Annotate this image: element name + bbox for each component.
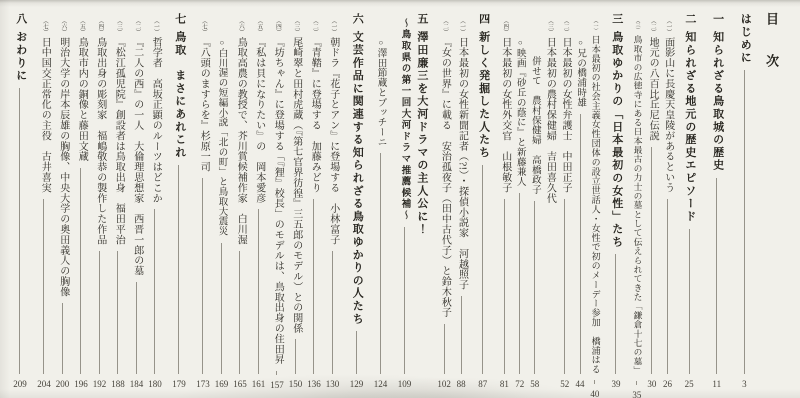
leader-line	[356, 331, 357, 374]
entry-marker: 六	[351, 13, 363, 26]
leader-line	[689, 229, 690, 374]
page-number: 130	[326, 380, 340, 389]
leader-line	[276, 371, 277, 375]
entry-marker: （六）	[59, 18, 65, 35]
entry-marker: （六）	[237, 18, 243, 35]
entry-title: 澤田廉三を大河ドラマの主人公に！	[415, 31, 427, 236]
leader-line	[136, 282, 137, 374]
entry-title: 鳥取市内の銅像と藤田文蔵	[76, 37, 87, 162]
entry-title: 知られざる地元の歴史エピソード	[683, 31, 695, 223]
toc-entry: 六 文芸作品に関連する知られざる鳥取ゆかりの人たち 129	[348, 0, 366, 398]
page-number: 58	[530, 380, 539, 389]
entry-marker: （四）	[96, 18, 102, 35]
entry-marker: （五）	[78, 18, 84, 35]
entry-title: 文芸作品に関連する知られざる鳥取ゆかりの人たち	[351, 31, 363, 325]
leader-line	[178, 165, 179, 374]
leader-line	[615, 254, 616, 374]
toc-entry-line: （一） 面影山に長慶天皇陵があるという 26	[660, 0, 675, 398]
toc-entry: （二） 日本最初の女性弁護士 中田正子 52	[557, 0, 572, 398]
toc-entry: 四 新しく発掘した人たち 87	[475, 0, 491, 398]
toc-entry: ○ 映画『砂丘の蔭に』と新藤兼人 72	[513, 0, 527, 398]
page-number: 102	[437, 380, 451, 389]
toc-entry: （五） 鳥取市内の銅像と藤田文蔵 196	[72, 0, 90, 398]
entry-title: 面影山に長慶天皇陵があるという	[662, 37, 673, 193]
toc-entry: ○ 白川渥の短編小説「北の町」と鳥取大震災 169	[213, 0, 231, 398]
entry-title: 兄の橋浦時雄	[575, 48, 585, 107]
page-number: 11	[712, 380, 721, 389]
toc-header-title: 目 次	[764, 12, 778, 75]
entry-title: 併せて 農村保健婦 高橋政子	[530, 56, 540, 195]
page-number: 150	[289, 380, 303, 389]
entry-marker: （二）	[562, 18, 568, 35]
entry-marker: （一）	[152, 18, 158, 35]
page-number: 196	[74, 380, 88, 389]
page-number: 173	[196, 380, 210, 389]
entry-marker: 七	[173, 13, 185, 26]
toc-entry-line: （一） 哲学者 高坂正顕のルーツはどこか 180	[146, 0, 164, 398]
entry-marker: ○	[217, 38, 225, 47]
toc-entry-line: （六） 明治大学の岸本辰雄の胸像、中央大学の奥田義人の胸像 200	[54, 0, 72, 398]
toc-entry: （三） 鳥取市の広徳寺にある日本最古の力士の墓として伝えられてきた「鎌倉十七の墓…	[630, 0, 643, 398]
toc-entry: （一） 面影山に長慶天皇陵があるという 26	[660, 0, 675, 398]
toc-entry-line: （四） 日本最初の女性外交官 山根敏子 81	[497, 0, 512, 398]
entry-marker: 四	[477, 13, 489, 26]
toc-header: 目 次	[762, 0, 780, 398]
toc-entry: （一） 哲学者 高坂正顕のルーツはどこか 180	[146, 0, 164, 398]
page-number: 179	[172, 380, 186, 389]
toc-entry-line: 二 知られざる地元の歴史エピソード 25	[681, 0, 697, 398]
entry-title: 『女の世界』に載る 安治孤夜子（田中古代子）と鈴木秋子	[439, 37, 450, 318]
leader-line	[444, 324, 445, 374]
page-number: 52	[560, 380, 569, 389]
entry-marker: （三）	[115, 18, 121, 35]
toc-entry-line: （一） 日本最初の社会主義女性団体の設立世話人・女性で初のメーデー参加 橋浦はる…	[588, 0, 602, 398]
toc-entry: 三 鳥取ゆかりの「日本最初の女性」たち 39	[608, 0, 624, 398]
entry-title: 尾崎翠と田村虎蔵（『第七官界彷徨』三五郎のモデル）との関係	[290, 37, 301, 334]
toc-entry-line: （二） 『二人の西』の一人 大倫理思想家 西晋一郎の墓 184	[128, 0, 146, 398]
toc-entry-line: （七） 日中国交正常化の主役 古井喜実 204	[35, 0, 53, 398]
entry-title: おわりに	[14, 31, 26, 82]
entry-marker: （三）	[634, 18, 639, 33]
leader-line	[239, 251, 240, 374]
page-number: 165	[233, 380, 247, 389]
toc-entry: （二） 『青鞜』に登場する 加藤みどり 136	[305, 0, 323, 398]
page-number: 72	[515, 380, 524, 389]
toc-entry: 二 知られざる地元の歴史エピソード 25	[681, 0, 697, 398]
toc-entry: （三） 尾崎翠と田村虎蔵（『第七官界彷徨』三五郎のモデル）との関係 150	[287, 0, 305, 398]
entry-title: 〜鳥取県の第一回大河ドラマ推薦候補〜	[399, 18, 409, 221]
leader-line	[295, 339, 296, 374]
entry-marker: （二）	[311, 18, 317, 35]
entry-marker: ○	[516, 38, 524, 47]
entry-title: 鳥取市の広徳寺にある日本最古の力士の墓として伝えられてきた「鎌倉十七の墓」	[632, 35, 641, 375]
toc-header-line: 目 次	[762, 0, 780, 398]
entry-marker: （二）	[133, 18, 139, 35]
entry-marker: （三）	[546, 18, 552, 35]
entry-marker: （一）	[592, 18, 597, 33]
entry-title: 鳥取高農の教授で、芥川賞候補作家 白川渥	[235, 37, 246, 245]
entry-title: 日本最初の女性新聞記者（?!）・探偵小説家 河越照子	[456, 37, 467, 290]
toc-entry: （一） 日本最初の女性新聞記者（?!）・探偵小説家 河越照子 88	[454, 0, 469, 398]
leader-line	[534, 201, 535, 374]
toc-entry: （四） 鳥取出身の彫刻家 福嶋敬恭の製作した作品 192	[91, 0, 109, 398]
toc-entry-line: 併せて 農村保健婦 高橋政子 58	[528, 0, 542, 398]
page-number: 200	[56, 380, 70, 389]
entry-marker: 二	[683, 13, 695, 26]
page-number: 81	[500, 380, 509, 389]
entry-marker: （五）	[255, 18, 261, 35]
entry-marker: （四）	[274, 18, 280, 35]
entry-title: 哲学者 高坂正顕のルーツはどこか	[150, 37, 161, 203]
page-number: 169	[215, 380, 229, 389]
entry-marker: ○	[376, 38, 384, 47]
toc-entry: （六） 明治大学の岸本辰雄の胸像、中央大学の奥田義人の胸像 200	[54, 0, 72, 398]
entry-marker: （四）	[501, 18, 507, 35]
leader-line	[117, 251, 118, 374]
page-number: 35	[632, 391, 641, 398]
toc-entry-line: （三） 『松江孤児院』創設者は鳥取出身 福田平治 188	[109, 0, 127, 398]
entry-title: 『青鞜』に登場する 加藤みどり	[309, 37, 320, 193]
entry-title: 日本最初の女性弁護士 中田正子	[559, 37, 570, 193]
page-number: 157	[270, 381, 284, 390]
toc: 目 次 はじめに 3 一 知られざる鳥取城の歴史 11 二 知られざる地元の歴史…	[0, 0, 800, 398]
entry-title: 『二人の西』の一人 大倫理思想家 西晋一郎の墓	[131, 37, 142, 276]
toc-entry-line: 三 鳥取ゆかりの「日本最初の女性」たち 39	[608, 0, 624, 398]
toc-entry: （二） 『二人の西』の一人 大倫理思想家 西晋一郎の墓 184	[128, 0, 146, 398]
page-number: 26	[663, 380, 672, 389]
page-number: 204	[37, 380, 51, 389]
entry-marker: （一）	[665, 18, 671, 35]
page-number: 40	[590, 390, 599, 398]
leader-line	[667, 199, 668, 374]
page-number: 30	[647, 380, 656, 389]
page-number: 87	[478, 380, 487, 389]
entry-marker: ○	[576, 38, 584, 47]
page-number: 184	[130, 380, 144, 389]
entry-marker: 八	[14, 13, 26, 26]
toc-entry: （四） 『坊ちゃん』に登場する「『狸』校長」のモデルは、鳥取出身の住田昇 157	[268, 0, 286, 398]
entry-title: 鳥取出身の彫刻家 福嶋敬恭の製作した作品	[94, 37, 105, 245]
entry-title: 日本最初の女性外交官 山根敏子	[499, 37, 510, 193]
leader-line	[19, 88, 20, 374]
entry-marker: （七）	[200, 18, 206, 35]
toc-entry-line: （二） 地元の八百比丘尼伝説 30	[645, 0, 660, 398]
leader-line	[504, 199, 505, 374]
entry-marker: （一）	[458, 18, 464, 35]
entry-title: 鳥取 まさにあれこれ	[173, 31, 185, 159]
leader-line	[716, 178, 717, 374]
toc-entry-line: ○ 兄の橋浦時雄 44	[573, 0, 587, 398]
entry-title: 新しく発掘した人たち	[477, 31, 489, 159]
toc-page: 目 次 はじめに 3 一 知られざる鳥取城の歴史 11 二 知られざる地元の歴史…	[0, 0, 800, 398]
toc-entry-line: ○ 澤田節蔵とプッチーニ 124	[372, 0, 390, 398]
toc-entry-line: （一） 日本最初の女性新聞記者（?!）・探偵小説家 河越照子 88	[454, 0, 469, 398]
page-number: 161	[252, 380, 266, 389]
entry-marker: （三）	[292, 18, 298, 35]
leader-line	[580, 114, 581, 374]
toc-entry: 八 おわりに 209	[11, 0, 29, 398]
entry-marker: （二）	[649, 18, 655, 35]
toc-entry-line: （一） 朝ドラ『花子とアン』に登場する 小林富子 130	[324, 0, 342, 398]
entry-title: 『私は貝になりたい』の 岡本愛彦	[253, 37, 264, 203]
toc-entry: （三） 日本最初の農村保健婦 吉田喜久代 併せて 農村保健婦 高橋政子 58	[528, 0, 557, 398]
leader-line	[332, 251, 333, 374]
page-number: 192	[93, 380, 107, 389]
toc-entry-line: （七） 『八頭のますらを』杉原一司 173	[194, 0, 212, 398]
entry-title: 朝ドラ『花子とアン』に登場する 小林富子	[327, 37, 338, 245]
page-number: 25	[685, 380, 694, 389]
toc-entry-line: （二） 『女の世界』に載る 安治孤夜子（田中古代子）と鈴木秋子 102	[435, 0, 453, 398]
toc-entry: （一） 日本最初の社会主義女性団体の設立世話人・女性で初のメーデー参加 橋浦はる…	[588, 0, 602, 398]
entry-title: 日本最初の農村保健婦 吉田喜久代	[544, 37, 555, 203]
page-number: 180	[148, 380, 162, 389]
leader-line	[744, 70, 745, 374]
toc-entry-line: 六 文芸作品に関連する知られざる鳥取ゆかりの人たち 129	[348, 0, 366, 398]
toc-entry-line: （二） 日本最初の女性弁護士 中田正子 52	[557, 0, 572, 398]
leader-line	[380, 153, 381, 374]
entry-title: 日中国交正常化の主役 古井喜実	[39, 37, 50, 193]
entry-marker: 一	[711, 13, 723, 26]
leader-line	[636, 381, 637, 385]
entry-title: 澤田節蔵とプッチーニ	[375, 48, 385, 147]
entry-marker: （七）	[41, 18, 47, 35]
entry-title: 『松江孤児院』創設者は鳥取出身 福田平治	[113, 37, 124, 245]
page-number: 188	[111, 380, 125, 389]
toc-entry-line: ○ 白川渥の短編小説「北の町」と鳥取大震災 169	[213, 0, 231, 398]
leader-line	[202, 178, 203, 374]
leader-line	[404, 227, 405, 374]
leader-line	[594, 380, 595, 384]
leader-line	[62, 303, 63, 374]
page-number: 109	[398, 380, 412, 389]
page-number: 39	[611, 380, 620, 389]
toc-entry: 七 鳥取 まさにあれこれ 179	[170, 0, 188, 398]
toc-entry-line: 五 澤田廉三を大河ドラマの主人公に！	[413, 0, 429, 398]
toc-entry-line: （四） 鳥取出身の彫刻家 福嶋敬恭の製作した作品 192	[91, 0, 109, 398]
leader-line	[99, 251, 100, 374]
toc-entry-line: 七 鳥取 まさにあれこれ 179	[170, 0, 188, 398]
entry-title: 『八頭のますらを』杉原一司	[198, 37, 209, 172]
leader-line	[80, 168, 81, 374]
toc-entry-line: 八 おわりに 209	[11, 0, 29, 398]
leader-line	[461, 296, 462, 374]
entry-title: 地元の八百比丘尼伝説	[647, 37, 658, 141]
entry-marker: 三	[610, 13, 622, 26]
leader-line	[43, 199, 44, 374]
toc-entry: （二） 『女の世界』に載る 安治孤夜子（田中古代子）と鈴木秋子 102	[435, 0, 453, 398]
entry-title: 鳥取ゆかりの「日本最初の女性」たち	[610, 31, 622, 249]
toc-entry-line: （四） 『坊ちゃん』に登場する「『狸』校長」のモデルは、鳥取出身の住田昇 157	[268, 0, 286, 398]
entry-marker: （一）	[329, 18, 335, 35]
toc-entry-line: （三） 尾崎翠と田村虎蔵（『第七官界彷徨』三五郎のモデル）との関係 150	[287, 0, 305, 398]
page-number: 129	[350, 380, 364, 389]
toc-entry-line: （二） 『青鞜』に登場する 加藤みどり 136	[305, 0, 323, 398]
leader-line	[482, 165, 483, 374]
toc-entry-line: 四 新しく発掘した人たち 87	[475, 0, 491, 398]
toc-entry-line: 〜鳥取県の第一回大河ドラマ推薦候補〜 109	[396, 0, 414, 398]
toc-entry-line: ○ 映画『砂丘の蔭に』と新藤兼人 72	[513, 0, 527, 398]
toc-entry: （三） 『松江孤児院』創設者は鳥取出身 福田平治 188	[109, 0, 127, 398]
toc-entry: ○ 澤田節蔵とプッチーニ 124	[372, 0, 390, 398]
entry-title: 知られざる鳥取城の歴史	[711, 31, 723, 172]
entry-title: 日本最初の社会主義女性団体の設立世話人・女性で初のメーデー参加 橋浦はる	[590, 35, 600, 374]
page-number: 88	[457, 380, 466, 389]
entry-title: 映画『砂丘の蔭に』と新藤兼人	[515, 48, 525, 187]
toc-entry-line: （五） 『私は貝になりたい』の 岡本愛彦 161	[250, 0, 268, 398]
page-number: 124	[374, 380, 388, 389]
leader-line	[519, 193, 520, 374]
toc-entry: （二） 地元の八百比丘尼伝説 30	[645, 0, 660, 398]
toc-entry: （七） 『八頭のますらを』杉原一司 173	[194, 0, 212, 398]
toc-entry-line: 一 知られざる鳥取城の歴史 11	[709, 0, 725, 398]
toc-entry: はじめに 3	[737, 0, 753, 398]
toc-entry: 五 澤田廉三を大河ドラマの主人公に！ 〜鳥取県の第一回大河ドラマ推薦候補〜 10…	[396, 0, 429, 398]
toc-entry-line: はじめに 3	[737, 0, 753, 398]
toc-entry: （一） 朝ドラ『花子とアン』に登場する 小林富子 130	[324, 0, 342, 398]
toc-entry: （五） 『私は貝になりたい』の 岡本愛彦 161	[250, 0, 268, 398]
entry-title: 白川渥の短編小説「北の町」と鳥取大震災	[216, 48, 226, 236]
toc-entry-line: （三） 鳥取市の広徳寺にある日本最古の力士の墓として伝えられてきた「鎌倉十七の墓…	[630, 0, 643, 398]
page-number: 3	[742, 380, 747, 389]
page-number: 209	[13, 380, 27, 389]
entry-title: 明治大学の岸本辰雄の胸像、中央大学の奥田義人の胸像	[57, 37, 68, 297]
toc-entry: （七） 日中国交正常化の主役 古井喜実 204	[35, 0, 53, 398]
entry-title: 『坊ちゃん』に登場する「『狸』校長」のモデルは、鳥取出身の住田昇	[272, 37, 283, 365]
toc-entry: （四） 日本最初の女性外交官 山根敏子 81	[497, 0, 512, 398]
leader-line	[313, 199, 314, 374]
page-number: 136	[307, 380, 321, 389]
leader-line	[651, 147, 652, 374]
leader-line	[154, 209, 155, 374]
toc-entry-line: （三） 日本最初の農村保健婦 吉田喜久代	[542, 0, 557, 398]
toc-entry: （六） 鳥取高農の教授で、芥川賞候補作家 白川渥 165	[231, 0, 249, 398]
entry-marker: 五	[415, 13, 427, 26]
page-number: 44	[576, 380, 585, 389]
entry-title: はじめに	[739, 13, 751, 64]
toc-entry-line: （五） 鳥取市内の銅像と藤田文蔵 196	[72, 0, 90, 398]
toc-entry: 一 知られざる鳥取城の歴史 11	[709, 0, 725, 398]
leader-line	[564, 199, 565, 374]
toc-entry: ○ 兄の橋浦時雄 44	[573, 0, 587, 398]
toc-entry-line: （六） 鳥取高農の教授で、芥川賞候補作家 白川渥 165	[231, 0, 249, 398]
leader-line	[258, 209, 259, 374]
entry-marker: （二）	[441, 18, 447, 35]
leader-line	[221, 243, 222, 374]
